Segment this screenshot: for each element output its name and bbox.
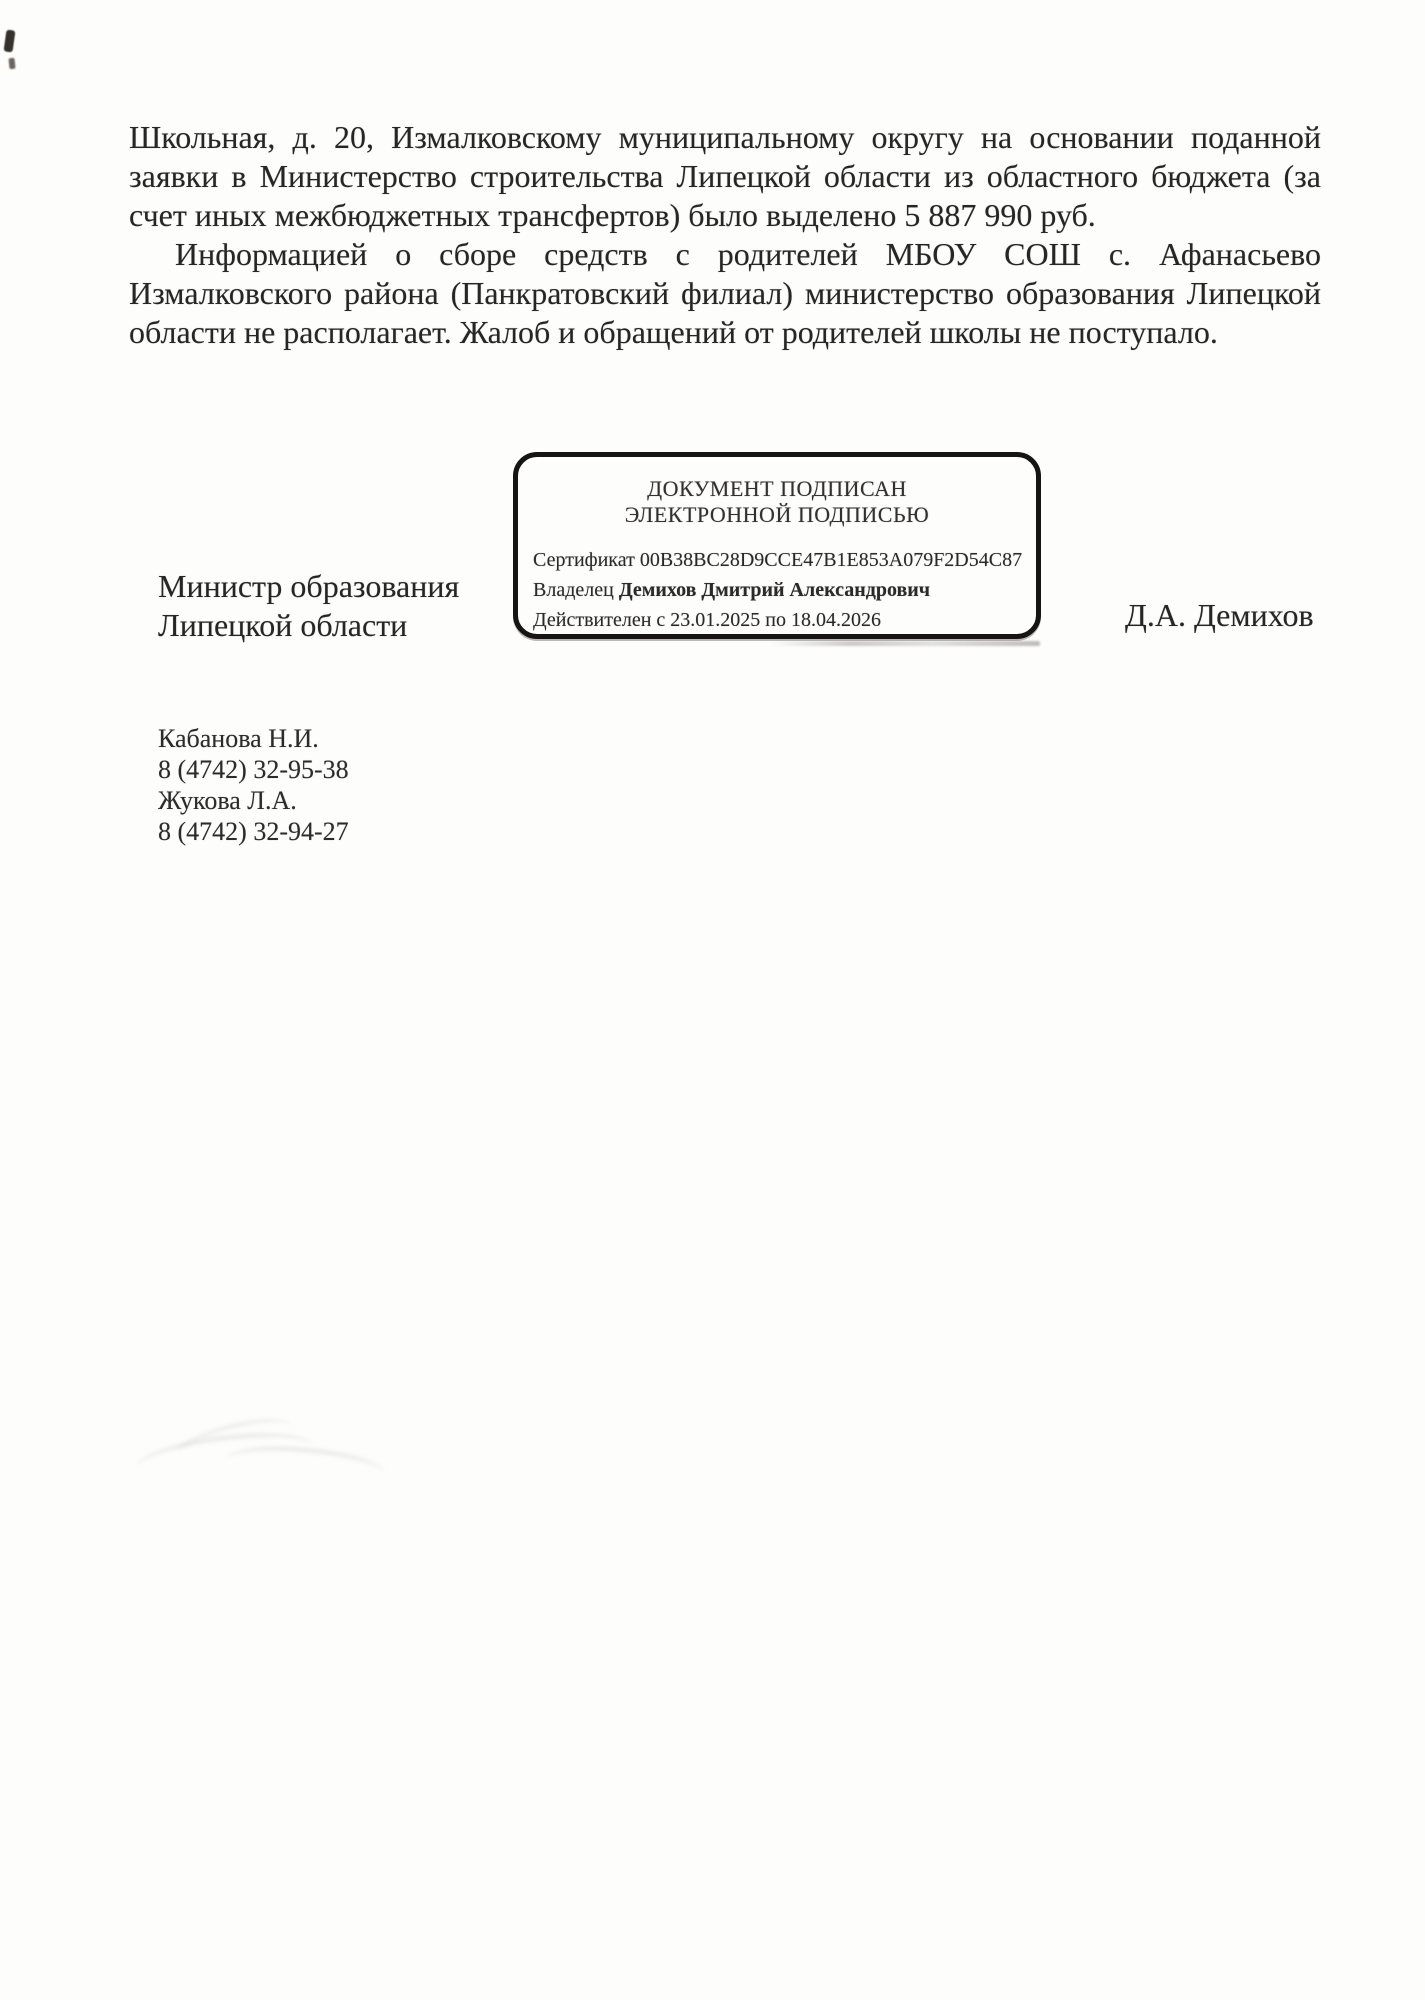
signer-position: Министр образования Липецкой области xyxy=(158,567,459,645)
validity-label: Действителен с xyxy=(533,609,665,631)
body-text: Школьная, д. 20, Измалковскому муниципал… xyxy=(129,118,1321,352)
scan-streak xyxy=(770,641,1040,646)
signer-name: Д.А. Демихов xyxy=(1125,596,1314,635)
contact-line: Кабанова Н.И. xyxy=(158,723,349,754)
certificate-label: Сертификат xyxy=(533,549,635,571)
scan-speck xyxy=(4,29,16,52)
document-page: Школьная, д. 20, Измалковскому муниципал… xyxy=(0,0,1425,2000)
owner-label: Владелец xyxy=(533,579,614,601)
contact-line: Жукова Л.А. xyxy=(158,785,349,816)
stamp-title: ДОКУМЕНТ ПОДПИСАН ЭЛЕКТРОННОЙ ПОДПИСЬЮ xyxy=(518,476,1036,528)
stamp-title-line1: ДОКУМЕНТ ПОДПИСАН xyxy=(518,476,1036,502)
validity-to-date: 18.04.2026 xyxy=(791,609,881,631)
digital-signature-stamp: ДОКУМЕНТ ПОДПИСАН ЭЛЕКТРОННОЙ ПОДПИСЬЮ С… xyxy=(513,452,1041,639)
validity-from-date: 23.01.2025 xyxy=(670,609,760,631)
owner-row: Владелец Демихов Дмитрий Александрович xyxy=(533,575,1024,605)
paragraph-funding: Школьная, д. 20, Измалковскому муниципал… xyxy=(129,118,1321,235)
contact-line: 8 (4742) 32-94-27 xyxy=(158,816,349,847)
certificate-row: Сертификат 00B38BC28D9CCE47B1E853A079F2D… xyxy=(533,545,1024,575)
stamp-title-line2: ЭЛЕКТРОННОЙ ПОДПИСЬЮ xyxy=(518,502,1036,528)
paragraph-no-complaints: Информацией о сборе средств с родителей … xyxy=(129,235,1321,352)
stamp-details: Сертификат 00B38BC28D9CCE47B1E853A079F2D… xyxy=(533,545,1024,635)
validity-to-label: по xyxy=(765,609,786,631)
certificate-value: 00B38BC28D9CCE47B1E853A079F2D54C87 xyxy=(640,549,1022,571)
executor-contacts: Кабанова Н.И. 8 (4742) 32-95-38 Жукова Л… xyxy=(158,723,349,847)
signer-position-line1: Министр образования xyxy=(158,567,459,606)
contact-line: 8 (4742) 32-95-38 xyxy=(158,754,349,785)
scan-smudge xyxy=(135,1418,435,1488)
owner-name: Демихов Дмитрий Александрович xyxy=(619,579,930,601)
signer-position-line2: Липецкой области xyxy=(158,606,459,645)
validity-row: Действителен с 23.01.2025 по 18.04.2026 xyxy=(533,605,1024,635)
scan-speck xyxy=(8,58,15,70)
